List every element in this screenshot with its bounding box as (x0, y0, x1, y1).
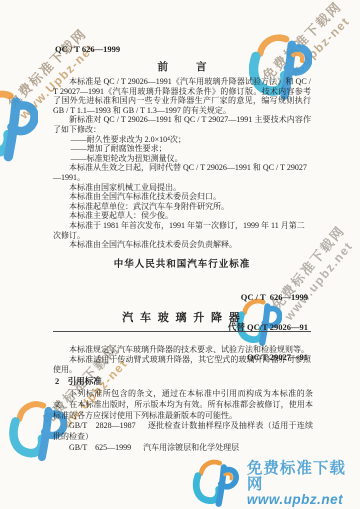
change-item: ——增加了耐腐蚀性要求； (71, 144, 311, 154)
reference-title: 汽车用涂镀层和化学处理层 (143, 443, 239, 452)
foreword-note: 本标准于 1981 年首次发布，1991 年第一次修订，1999 年 11 月第… (53, 221, 311, 240)
standard-code: QC / T 626—1999 (228, 292, 308, 302)
reference-code: GB/T 625—1999 (69, 443, 131, 452)
watermark-site-name: 免费标准下载网 (247, 461, 360, 494)
standard-banner: 中华人民共和国汽车行业标准 (53, 256, 311, 270)
document-content: QC / T 626—1999 前言 本标准是 QC / T 29026—199… (0, 0, 360, 509)
reference-item: GB/T 625—1999汽车用涂镀层和化学处理层 (53, 443, 313, 454)
foreword-note: 本标准由国家机械工业局提出。 (53, 183, 311, 193)
watermark-site-url: www.upbz.net (247, 493, 360, 507)
standard-code-header: QC / T 626—1999 (55, 44, 120, 54)
document-page: 免费标准下载网 www.Upbz-net 免费标准下载网 www.Upbz-ne… (0, 0, 360, 509)
scope-section: 本标准规定了汽车玻璃升降器的技术要求、试验方法和检验规则等。 本标准适用于传动臂… (53, 345, 311, 374)
foreword-note: 本标准从生效之日起，同时代替 QC / T 29026—1991 和 QC / … (53, 163, 311, 182)
title-divider (53, 331, 311, 332)
upbz-logo-icon (184, 458, 241, 509)
change-item: ——标准矩轮改为扭矩测量仪。 (71, 154, 311, 164)
foreword-paragraph: 新标准对 QC / T 29026—1991 和 QC / T 29027—19… (53, 115, 311, 134)
foreword-note: 本标准由全国汽车标准化技术委员会归口。 (53, 192, 311, 202)
change-item: ——耐久性要求改为 2.0×10⁴次； (71, 135, 311, 145)
foreword-paragraph: 本标准是 QC / T 29026—1991《汽车用玻璃升降器试验方法》和 QC… (53, 77, 311, 115)
reference-code: GB/T 2828—1987 (69, 421, 136, 430)
brand-text: 免费标准下载网 www.upbz.net (247, 461, 360, 508)
reference-list: GB/T 2828—1987逐批检查计数抽样程序及抽样表（适用于连续批的检查） … (53, 421, 313, 453)
upbz-brand-block: 免费标准下载网 www.upbz.net (184, 458, 360, 509)
scope-paragraph: 本标准规定了汽车玻璃升降器的技术要求、试验方法和检验规则等。 (53, 345, 311, 355)
reference-intro: 下列标准所包含的条文，通过在本标准中引用而构成为本标准的条文。在本标准出版时，所… (53, 389, 313, 421)
section-heading-references: 2 引用标准 (55, 375, 102, 387)
foreword-note: 本标准起草单位：武汉汽车车身附件研究所。 (53, 202, 311, 212)
document-title: 汽 车 玻 璃 升 降 器 (53, 309, 311, 325)
foreword-note: 本标准主要起草人：侯少俊。 (53, 211, 311, 221)
foreword-note: 本标准由全国汽车标准化技术委员会负责解释。 (53, 240, 311, 250)
reference-item: GB/T 2828—1987逐批检查计数抽样程序及抽样表（适用于连续批的检查） (53, 421, 313, 443)
foreword-body: 本标准是 QC / T 29026—1991《汽车用玻璃升降器试验方法》和 QC… (53, 77, 311, 250)
foreword-title: 前言 (53, 59, 311, 74)
scope-paragraph: 本标准适用于传动臂式玻璃升降器，其它型式的玻璃升降器亦可参照使用。 (53, 355, 311, 375)
